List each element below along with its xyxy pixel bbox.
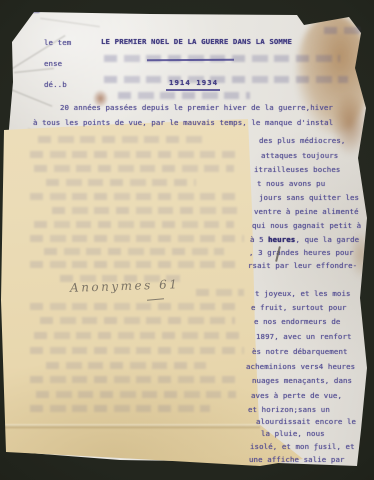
- margin-fragment: dé..b: [44, 80, 67, 90]
- date-heading: 1914 1934: [169, 78, 218, 88]
- overtyped-word: heures: [268, 235, 295, 245]
- typed-line: et horizon;sans un: [248, 405, 330, 415]
- margin-fragment: le tem: [44, 38, 71, 48]
- typed-line: acheminions vers4 heures: [246, 362, 355, 372]
- typed-line: e fruit, surtout pour: [251, 303, 347, 313]
- document-title: LE PREMIER NOEL DE LA GUERRE DANS LA SOM…: [101, 37, 292, 47]
- typed-line: jours sans quitter les: [259, 193, 359, 203]
- typed-line: e nos endormeurs de: [254, 317, 340, 327]
- faded-text-line: [104, 76, 348, 83]
- typed-line: t nous avons pu: [257, 179, 325, 189]
- typed-line: à 5 heures, que la garde: [250, 235, 359, 245]
- date-underline: [166, 89, 220, 91]
- typed-line: la pluie, nous: [261, 429, 325, 439]
- typed-line: alourdissait encore le: [256, 417, 356, 427]
- typed-line: aves à perte de vue,: [251, 391, 342, 401]
- typed-text-layer: LE PREMIER NOEL DE LA GUERRE DANS LA SOM…: [0, 0, 374, 480]
- typed-line: qui nous gagnait petit à: [252, 221, 361, 231]
- typed-line: t joyeux, et les mois: [255, 289, 351, 299]
- faded-text-line: [324, 27, 366, 34]
- typed-line: des plus médiocres,: [259, 136, 345, 146]
- margin-fragment: ense: [44, 59, 62, 69]
- typed-line: itrailleuses boches: [254, 165, 340, 175]
- scanned-document-photo: Anonymes 61 LE PREMIER NOEL DE LA GUERRE…: [0, 0, 374, 480]
- typed-line: 20 années passées depuis le premier hive…: [60, 103, 333, 113]
- typed-line: une affiche salie par: [249, 455, 345, 465]
- typed-line: 1897, avec un renfort: [256, 332, 352, 342]
- typed-line: attaques toujours: [261, 151, 338, 161]
- faded-text-line: [118, 92, 250, 99]
- typed-line: isolé, et mon ƒusil, et: [250, 442, 355, 452]
- typed-line: nuages menaçants, dans: [252, 376, 352, 386]
- typed-line: rsait par leur effondre-: [248, 261, 357, 271]
- typed-line: ès notre débarquement: [252, 347, 348, 357]
- typed-line: à tous les points de vue, par le mauvais…: [33, 118, 333, 128]
- typed-line: , 3 grandes heures pour: [249, 248, 354, 258]
- typed-line: ventre à peine alimenté: [254, 207, 359, 217]
